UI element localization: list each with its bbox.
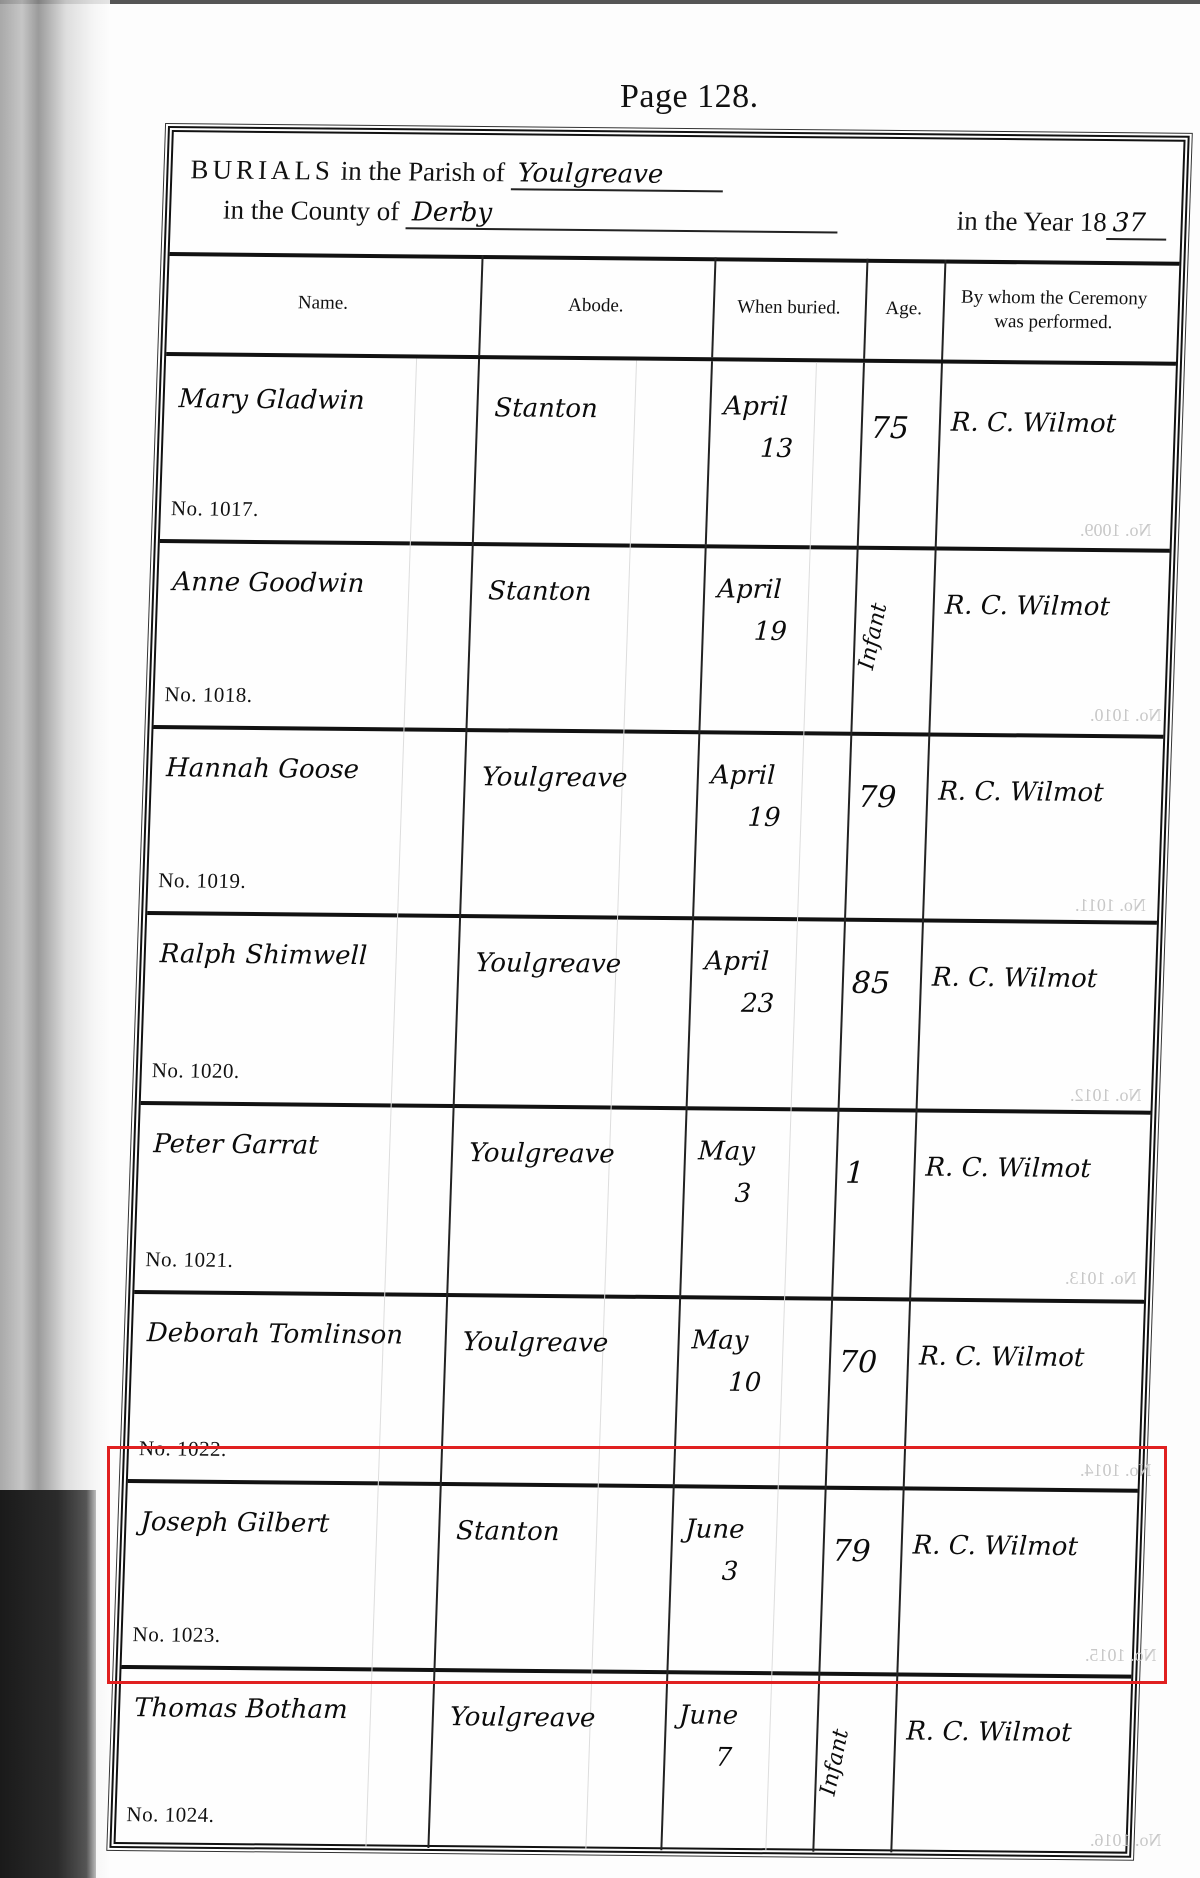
entry-officiant: R. C. Wilmot — [906, 1717, 1072, 1749]
entry-month: April — [710, 760, 775, 791]
entry-officiant: R. C. Wilmot — [950, 408, 1116, 440]
entry-officiant: R. C. Wilmot — [944, 591, 1110, 623]
entry-day: 10 — [728, 1368, 762, 1398]
entry-age: 85 — [851, 966, 890, 1001]
heading-line-parish: BURIALS in the Parish of Youlgreave — [190, 154, 724, 192]
column-header-age: Age. — [863, 259, 944, 360]
entry-number: No. 1021. — [145, 1247, 234, 1273]
entry-age: 79 — [858, 780, 897, 815]
entry-abode: Youlgreave — [469, 1138, 616, 1169]
bleed-through-text: No. 1013. — [1065, 1268, 1137, 1289]
entry-name: Ralph Shimwell — [159, 939, 367, 971]
book-binding-dark-corner — [0, 1490, 96, 1878]
entry-abode: Stanton — [488, 576, 592, 607]
register-heading: BURIALS in the Parish of Youlgreave in t… — [170, 132, 1184, 266]
column-header-row: Name. Abode. When buried. Age. By whom t… — [166, 252, 1179, 366]
entry-officiant: R. C. Wilmot — [932, 963, 1098, 995]
entry-abode: Youlgreave — [449, 1702, 596, 1733]
entry-name: Mary Gladwin — [178, 384, 365, 416]
entry-month: April — [723, 391, 788, 422]
table-row: Anne GoodwinNo. 1018. Stanton April19 In… — [153, 539, 1169, 739]
entry-abode: Stanton — [494, 393, 598, 424]
table-row: Ralph ShimwellNo. 1020. Youlgreave April… — [141, 911, 1157, 1115]
table-row: Thomas BothamNo. 1024. Youlgreave June7 … — [115, 1665, 1131, 1855]
bleed-through-text: No. 1010. — [1090, 705, 1162, 726]
bleed-through-text: No. 1016. — [1090, 1830, 1162, 1851]
entry-day: 19 — [747, 803, 781, 833]
page-title: Page 128. — [620, 78, 759, 116]
entry-month: April — [717, 574, 782, 605]
entry-name: Anne Goodwin — [172, 567, 365, 599]
parish-value: Youlgreave — [511, 158, 724, 192]
entry-number: No. 1018. — [164, 682, 253, 708]
bleed-through-text: No. 1009. — [1080, 520, 1152, 541]
year-value: 37 — [1106, 208, 1167, 241]
entry-day: 7 — [715, 1743, 733, 1773]
top-edge-shadow — [0, 0, 1200, 4]
table-row: Hannah GooseNo. 1019. Youlgreave April19… — [147, 725, 1163, 925]
entry-name: Thomas Botham — [134, 1693, 349, 1725]
entry-day: 23 — [741, 989, 775, 1019]
county-value: Derby — [405, 197, 838, 233]
entry-day: 19 — [753, 617, 787, 647]
entry-month: May — [698, 1136, 756, 1167]
entry-name: Deborah Tomlinson — [146, 1318, 403, 1350]
entry-abode: Youlgreave — [481, 762, 628, 793]
entry-name: Hannah Goose — [166, 753, 360, 785]
entry-number: No. 1020. — [151, 1058, 240, 1084]
entry-month: June — [678, 1700, 738, 1731]
column-header-by-whom: By whom the Ceremony was performed. — [944, 260, 1163, 362]
entry-officiant: R. C. Wilmot — [938, 777, 1104, 809]
entry-day: 13 — [760, 434, 794, 464]
table-row: Peter GarratNo. 1021. Youlgreave May3 1 … — [134, 1101, 1150, 1304]
entry-abode: Youlgreave — [462, 1327, 609, 1358]
heading-year-prefix: in the Year 18 — [956, 206, 1107, 237]
entry-officiant: R. C. Wilmot — [919, 1342, 1085, 1374]
heading-line-county: in the County of Derby — [223, 195, 839, 234]
entry-name: Peter Garrat — [153, 1129, 319, 1161]
entry-month: May — [691, 1325, 749, 1356]
heading-county-prefix: in the County of — [223, 195, 400, 227]
bleed-through-text: No. 1011. — [1075, 895, 1146, 916]
entry-officiant: R. C. Wilmot — [925, 1153, 1091, 1185]
entry-number: No. 1024. — [126, 1802, 215, 1828]
entry-age: 70 — [838, 1345, 877, 1380]
heading-year: in the Year 1837 — [956, 206, 1167, 241]
column-header-when-buried: When buried. — [711, 257, 866, 358]
entry-number: No. 1017. — [171, 496, 260, 522]
entry-day: 3 — [734, 1179, 752, 1209]
heading-parish-prefix: in the Parish of — [340, 156, 505, 188]
column-header-abode: Abode. — [478, 255, 713, 357]
entry-age: 75 — [870, 411, 909, 446]
entry-month: April — [704, 946, 769, 977]
entry-age: Infant — [816, 1727, 854, 1798]
heading-burials: BURIALS — [190, 154, 334, 185]
entry-age: Infant — [854, 601, 892, 672]
entry-abode: Youlgreave — [475, 948, 622, 979]
highlight-box-entry-1023 — [107, 1446, 1167, 1684]
bleed-through-text: No. 1012. — [1070, 1085, 1142, 1106]
entry-number: No. 1019. — [158, 868, 247, 894]
entry-age: 1 — [845, 1156, 865, 1191]
table-row: Mary GladwinNo. 1017. Stanton April13 75… — [160, 356, 1176, 553]
column-header-name: Name. — [166, 252, 479, 355]
